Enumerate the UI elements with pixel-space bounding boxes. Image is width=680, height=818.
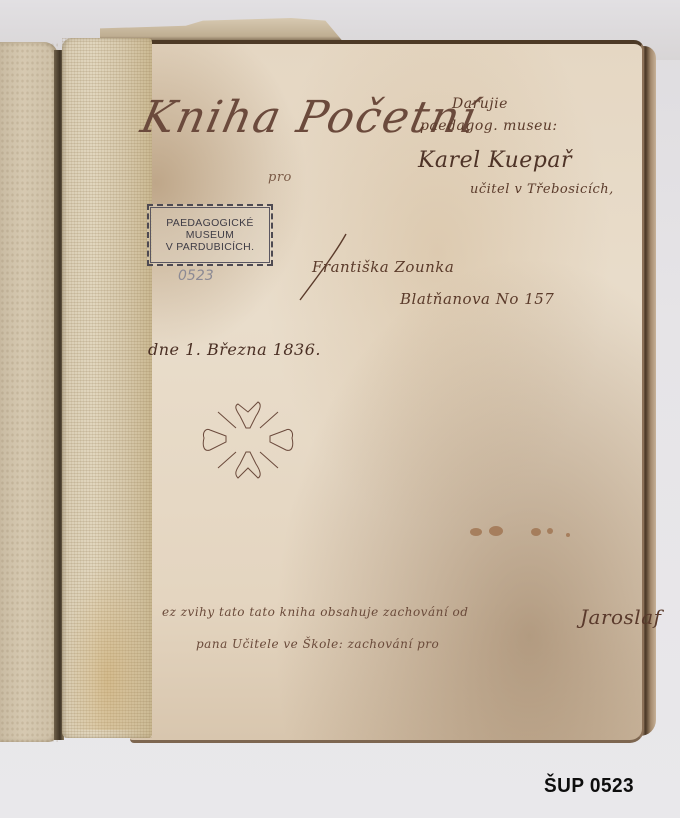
owner-address: Blatňanova No 157: [400, 290, 554, 308]
stamp-line-2: MUSEUM: [186, 229, 234, 241]
outer-cover-board: [0, 42, 58, 742]
bottom-note-right-word: Jaroslaf: [580, 605, 662, 629]
donor-note-line-2: paedagog. museu:: [420, 118, 558, 134]
spine-stain: [64, 560, 150, 730]
stamp-line-1: PAEDAGOGICKÉ: [166, 217, 253, 229]
handwritten-pro: pro: [268, 170, 292, 185]
museum-stamp: PAEDAGOGICKÉ MUSEUM V PARDUBICÍCH.: [147, 204, 273, 266]
date-line: dne 1. Března 1836.: [148, 340, 321, 359]
bottom-note-line-2: pana Učitele ve Škole: zachování pro: [196, 637, 439, 651]
donor-note-line-4: učitel v Třebosicích,: [470, 182, 614, 197]
donor-note-line-1: Darujie: [452, 96, 508, 112]
ink-stains: [468, 522, 578, 542]
maltese-cross-drawing-icon: [198, 398, 298, 482]
owner-name: Františka Zounka: [312, 258, 454, 276]
pencil-inventory-number: 0523: [178, 268, 214, 284]
stamp-line-3: V PARDUBICÍCH.: [166, 241, 255, 253]
bottom-note-line-1: ez zvihy tato tato kniha obsahuje zachov…: [162, 605, 468, 619]
catalog-label: ŠUP 0523: [544, 775, 634, 798]
donor-signature: Karel Kuepař: [418, 148, 572, 173]
